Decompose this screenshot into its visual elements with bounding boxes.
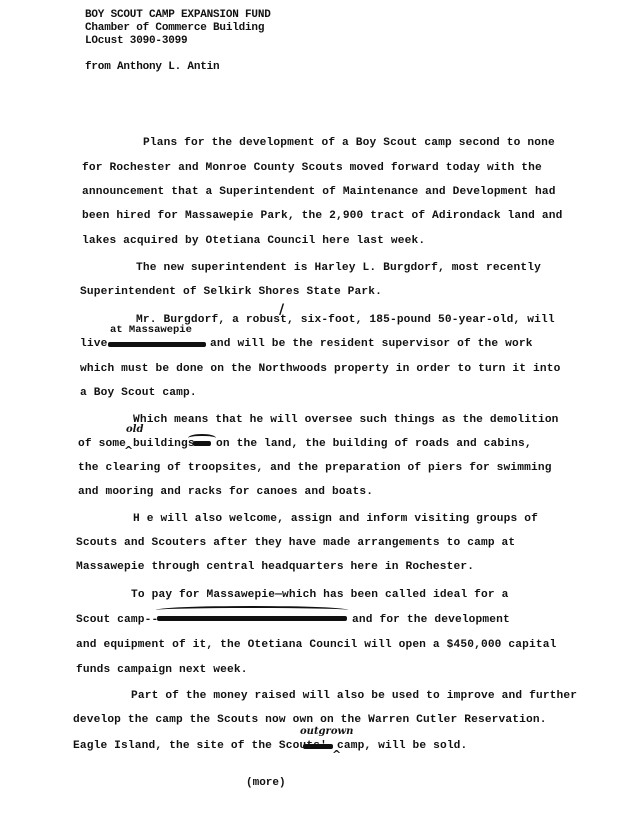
body-line: and for the development xyxy=(352,614,510,626)
body-line: The new superintendent is Harley L. Burg… xyxy=(136,262,541,274)
body-line: develop the camp the Scouts now own on t… xyxy=(73,714,547,726)
body-line: which must be done on the Northwoods pro… xyxy=(80,363,560,375)
deletion-loop xyxy=(188,434,216,442)
letterhead-phone: LOcust 3090-3099 xyxy=(85,35,187,48)
body-line: Superintendent of Selkirk Shores State P… xyxy=(80,286,382,298)
letterhead-title: BOY SCOUT CAMP EXPANSION FUND xyxy=(85,9,271,22)
body-line: announcement that a Superintendent of Ma… xyxy=(82,186,556,198)
letterhead-address: Chamber of Commerce Building xyxy=(85,22,264,35)
struck-out-text xyxy=(303,744,333,749)
body-line: Eagle Island, the site of the Scouts' xyxy=(73,740,327,752)
body-line: lakes acquired by Otetiana Council here … xyxy=(82,235,425,247)
body-line: Scout camp--- xyxy=(76,614,165,626)
body-line: Part of the money raised will also be us… xyxy=(131,690,577,702)
handwritten-insertion: outgrown xyxy=(300,726,353,737)
body-line: on the land, the building of roads and c… xyxy=(216,438,532,450)
document-page: BOY SCOUT CAMP EXPANSION FUND Chamber of… xyxy=(0,0,638,825)
body-line: Plans for the development of a Boy Scout… xyxy=(143,137,555,149)
struck-out-text xyxy=(157,616,347,621)
body-line: live xyxy=(80,338,107,350)
body-line: To pay for Massawepie—which has been cal… xyxy=(131,589,509,601)
handwritten-insertion: old xyxy=(126,424,143,435)
body-line: and equipment of it, the Otetiana Counci… xyxy=(76,639,556,651)
deletion-loop xyxy=(156,606,348,614)
body-line: Which means that he will oversee such th… xyxy=(133,414,559,426)
body-line: and mooring and racks for canoes and boa… xyxy=(78,486,373,498)
body-line: camp, will be sold. xyxy=(337,740,467,752)
body-line: and will be the resident supervisor of t… xyxy=(210,338,533,350)
body-line: the clearing of troopsites, and the prep… xyxy=(78,462,552,474)
handwritten-insertion: at Massawepie xyxy=(110,324,192,336)
body-line: buildings xyxy=(133,438,195,450)
body-line: been hired for Massawepie Park, the 2,90… xyxy=(82,210,562,222)
body-line: funds campaign next week. xyxy=(76,664,248,676)
from-line: from Anthony L. Antin xyxy=(85,61,219,74)
body-line: H e will also welcome, assign and inform… xyxy=(133,513,538,525)
body-line: of some xyxy=(78,438,126,450)
body-line: Scouts and Scouters after they have made… xyxy=(76,537,515,549)
handwritten-comma-mark: / xyxy=(279,302,284,318)
insertion-caret: ^ xyxy=(124,444,133,457)
continued-marker: (more) xyxy=(246,777,286,789)
body-line: for Rochester and Monroe County Scouts m… xyxy=(82,162,542,174)
body-line: Mr. Burgdorf, a robust, six-foot, 185-po… xyxy=(136,314,555,326)
body-line: a Boy Scout camp. xyxy=(80,387,197,399)
struck-out-text xyxy=(108,342,206,347)
body-line: Massawepie through central headquarters … xyxy=(76,561,474,573)
